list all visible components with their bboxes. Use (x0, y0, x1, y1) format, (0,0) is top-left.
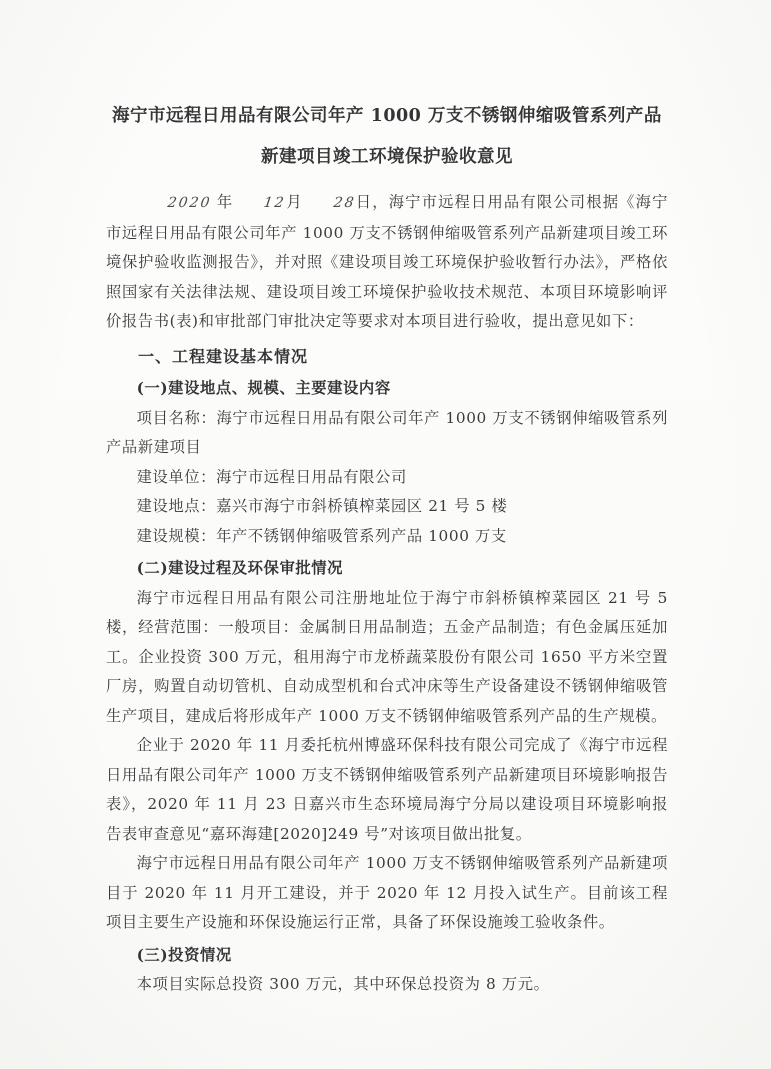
section-1-heading: 一、工程建设基本情况 (106, 342, 668, 372)
construction-unit-line: 建设单位：海宁市远程日用品有限公司 (106, 463, 668, 493)
document-body: 2020 年12月28日，海宁市远程日用品有限公司根据《海宁市远程日用品有限公司… (106, 188, 668, 1000)
construction-scale-line: 建设规模：年产不锈钢伸缩吸管系列产品 1000 万支 (106, 522, 668, 552)
handwritten-month: 12 (231, 189, 288, 219)
intro-month-suffix: 月 (286, 193, 303, 211)
process-paragraph-2: 企业于 2020 年 11 月委托杭州博盛环保科技有限公司完成了《海宁市远程日用… (106, 731, 668, 849)
document-title: 海宁市远程日用品有限公司年产 1000 万支不锈钢伸缩吸管系列产品 新建项目竣工… (106, 96, 668, 178)
investment-paragraph: 本项目实际总投资 300 万元，其中环保总投资为 8 万元。 (106, 970, 668, 1000)
subsection-1-3-heading: (三)投资情况 (106, 941, 668, 971)
construction-location-line: 建设地点：嘉兴市海宁市斜桥镇榨菜园区 21 号 5 楼 (106, 492, 668, 522)
project-name-paragraph: 项目名称：海宁市远程日用品有限公司年产 1000 万支不锈钢伸缩吸管系列产品新建… (106, 404, 668, 463)
paragraph-intro: 2020 年12月28日，海宁市远程日用品有限公司根据《海宁市远程日用品有限公司… (106, 188, 668, 337)
subsection-1-2-heading: (二)建设过程及环保审批情况 (106, 554, 668, 584)
handwritten-year: 2020 (135, 189, 213, 219)
handwritten-day: 28 (301, 189, 358, 219)
subsection-1-1-heading: (一)建设地点、规模、主要建设内容 (106, 374, 668, 404)
intro-year-suffix: 年 (211, 193, 234, 211)
process-paragraph-1: 海宁市远程日用品有限公司注册地址位于海宁市斜桥镇榨菜园区 21 号 5 楼，经营… (106, 584, 668, 732)
process-paragraph-3: 海宁市远程日用品有限公司年产 1000 万支不锈钢伸缩吸管系列产品新建项目于 2… (106, 849, 668, 938)
document-title-line2: 新建项目竣工环境保护验收意见 (106, 137, 668, 178)
scanned-document-page: 海宁市远程日用品有限公司年产 1000 万支不锈钢伸缩吸管系列产品 新建项目竣工… (0, 0, 771, 1069)
document-title-line1: 海宁市远程日用品有限公司年产 1000 万支不锈钢伸缩吸管系列产品 (106, 96, 668, 137)
